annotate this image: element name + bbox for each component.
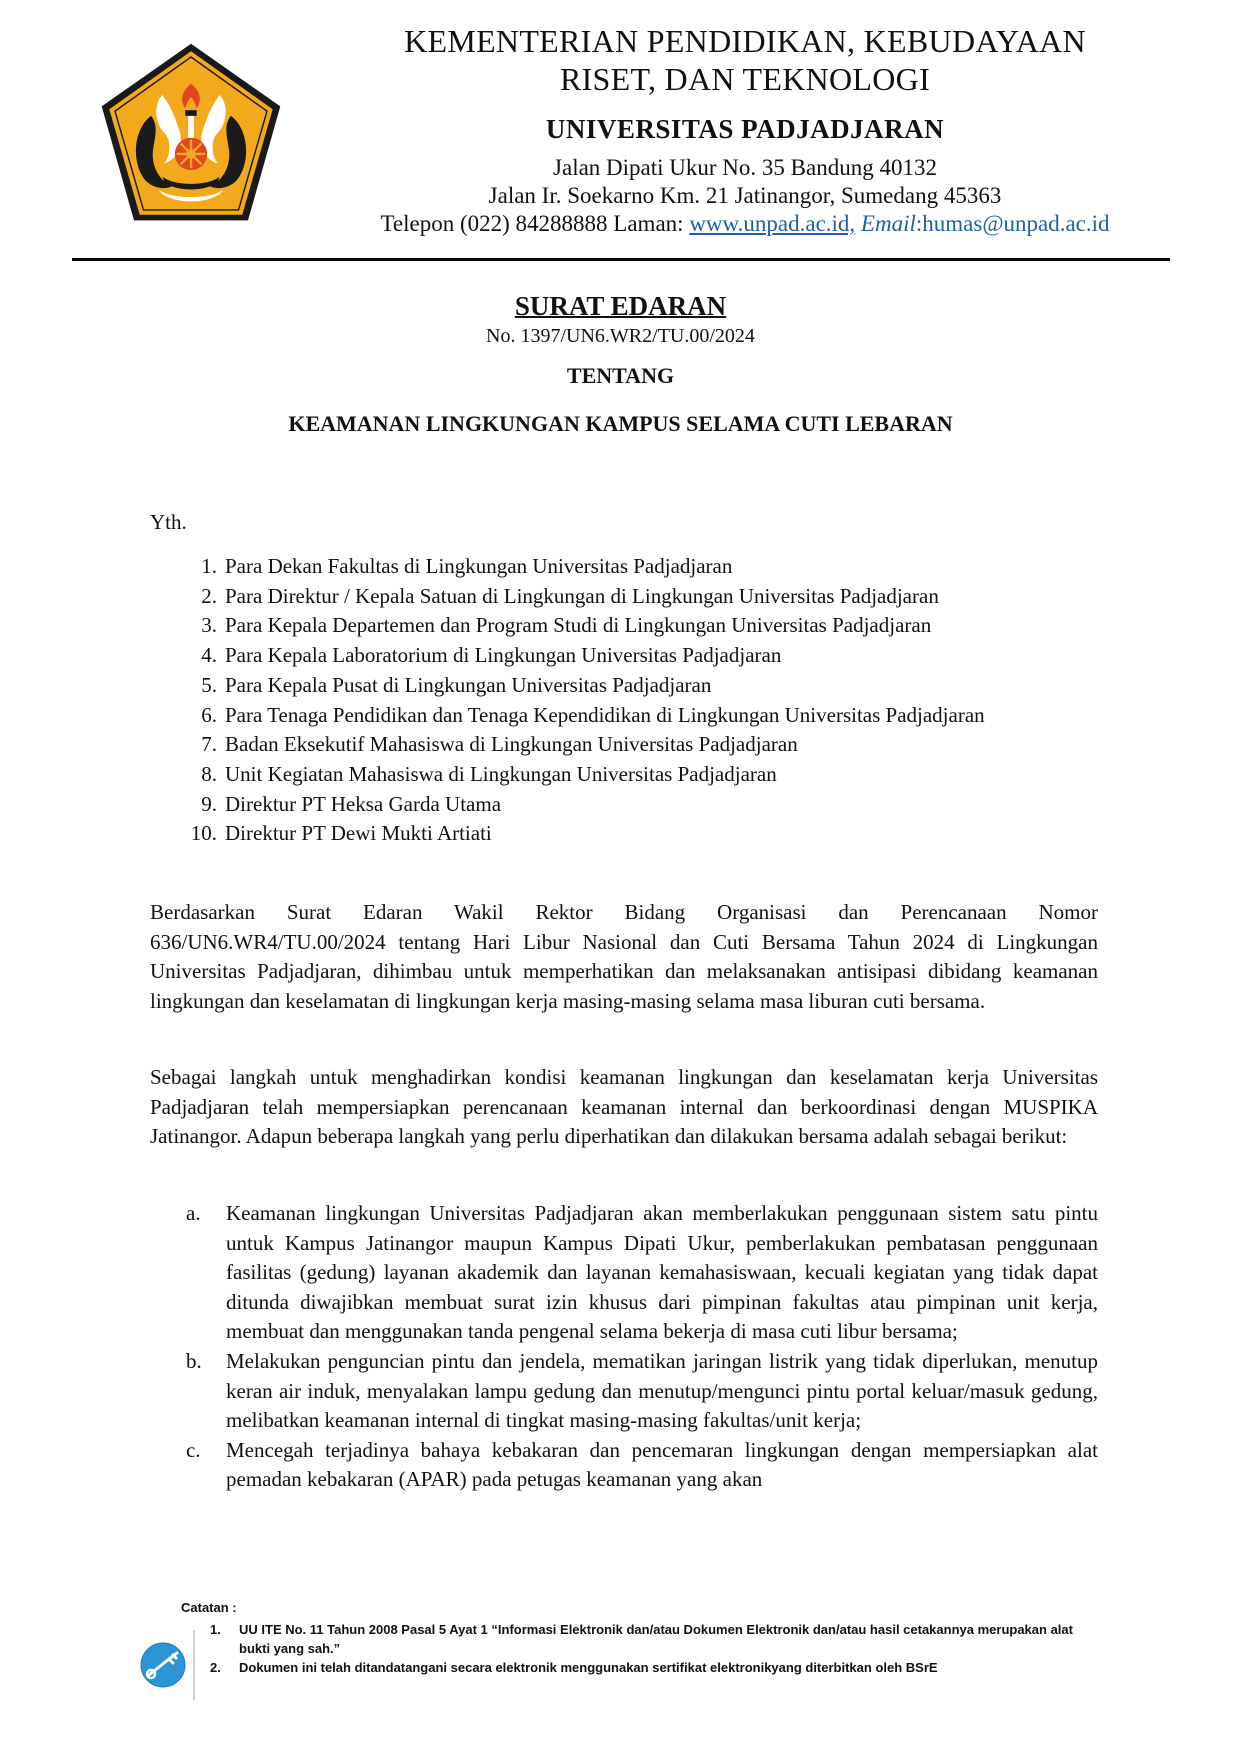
recipient-text: Direktur PT Heksa Garda Utama xyxy=(225,792,501,816)
letterhead: KEMENTERIAN PENDIDIKAN, KEBUDAYAAN RISET… xyxy=(330,22,1160,238)
ministry-line-2: RISET, DAN TEKNOLOGI xyxy=(330,60,1160,98)
note-item: 1.UU ITE No. 11 Tahun 2008 Pasal 5 Ayat … xyxy=(205,1620,1105,1658)
recipient-text: Para Kepala Pusat di Lingkungan Universi… xyxy=(225,673,711,697)
recipient-number: 8. xyxy=(171,760,217,790)
recipient-text: Para Dekan Fakultas di Lingkungan Univer… xyxy=(225,554,732,578)
recipient-list: 1.Para Dekan Fakultas di Lingkungan Univ… xyxy=(185,552,985,849)
notes-list: 1.UU ITE No. 11 Tahun 2008 Pasal 5 Ayat … xyxy=(205,1620,1105,1677)
measure-letter: c. xyxy=(186,1436,201,1466)
recipient-text: Direktur PT Dewi Mukti Artiati xyxy=(225,821,492,845)
recipient-item: 10.Direktur PT Dewi Mukti Artiati xyxy=(185,819,985,849)
measure-item: c.Mencegah terjadinya bahaya kebakaran d… xyxy=(150,1436,1098,1495)
recipient-item: 4.Para Kepala Laboratorium di Lingkungan… xyxy=(185,641,985,671)
measure-item: a.Keamanan lingkungan Universitas Padjad… xyxy=(150,1199,1098,1347)
measure-letter: a. xyxy=(186,1199,201,1229)
email-label: Email xyxy=(861,211,916,236)
unpad-logo-icon xyxy=(96,38,286,228)
paragraph-basis: Berdasarkan Surat Edaran Wakil Rektor Bi… xyxy=(150,898,1098,1016)
recipient-item: 7.Badan Eksekutif Mahasiswa di Lingkunga… xyxy=(185,730,985,760)
measure-text: Keamanan lingkungan Universitas Padjadja… xyxy=(226,1201,1098,1343)
ministry-line-1: KEMENTERIAN PENDIDIKAN, KEBUDAYAAN xyxy=(330,22,1160,60)
measure-text: Mencegah terjadinya bahaya kebakaran dan… xyxy=(226,1438,1098,1492)
measure-letter: b. xyxy=(186,1347,202,1377)
recipient-item: 8.Unit Kegiatan Mahasiswa di Lingkungan … xyxy=(185,760,985,790)
paragraph-measures: Sebagai langkah untuk menghadirkan kondi… xyxy=(150,1063,1098,1152)
notes-label: Catatan : xyxy=(181,1600,237,1615)
measures-list: a.Keamanan lingkungan Universitas Padjad… xyxy=(150,1199,1098,1495)
recipient-number: 10. xyxy=(171,819,217,849)
about-label: TENTANG xyxy=(0,362,1241,390)
recipient-number: 4. xyxy=(171,641,217,671)
footer-divider xyxy=(193,1630,195,1700)
website-link[interactable]: www.unpad.ac.id, xyxy=(689,211,855,236)
note-text: Dokumen ini telah ditandatangani secara … xyxy=(239,1660,938,1675)
measure-item: b.Melakukan penguncian pintu dan jendela… xyxy=(150,1347,1098,1436)
recipient-number: 3. xyxy=(171,611,217,641)
note-item: 2.Dokumen ini telah ditandatangani secar… xyxy=(205,1658,1105,1677)
note-number: 1. xyxy=(210,1620,221,1639)
document-title: SURAT EDARAN xyxy=(0,290,1241,322)
bsre-signature-icon xyxy=(139,1641,187,1689)
recipient-item: 3.Para Kepala Departemen dan Program Stu… xyxy=(185,611,985,641)
recipient-item: 5.Para Kepala Pusat di Lingkungan Univer… xyxy=(185,671,985,701)
recipient-text: Para Direktur / Kepala Satuan di Lingkun… xyxy=(225,584,939,608)
recipient-number: 2. xyxy=(171,582,217,612)
recipient-item: 9.Direktur PT Heksa Garda Utama xyxy=(185,790,985,820)
document-number: No. 1397/UN6.WR2/TU.00/2024 xyxy=(0,324,1241,348)
recipient-item: 2.Para Direktur / Kepala Satuan di Lingk… xyxy=(185,582,985,612)
address-jatinangor: Jalan Ir. Soekarno Km. 21 Jatinangor, Su… xyxy=(330,182,1160,210)
recipient-number: 5. xyxy=(171,671,217,701)
email-link[interactable]: :humas@unpad.ac.id xyxy=(916,211,1110,236)
recipient-number: 6. xyxy=(171,701,217,731)
recipient-text: Para Tenaga Pendidikan dan Tenaga Kepend… xyxy=(225,703,985,727)
university-name: UNIVERSITAS PADJADJARAN xyxy=(330,112,1160,146)
phone-label: Telepon (022) 84288888 Laman: xyxy=(380,211,689,236)
recipient-number: 7. xyxy=(171,730,217,760)
contact-line: Telepon (022) 84288888 Laman: www.unpad.… xyxy=(330,210,1160,238)
recipient-item: 1.Para Dekan Fakultas di Lingkungan Univ… xyxy=(185,552,985,582)
measure-text: Melakukan penguncian pintu dan jendela, … xyxy=(226,1349,1098,1432)
recipient-text: Unit Kegiatan Mahasiswa di Lingkungan Un… xyxy=(225,762,777,786)
recipient-number: 9. xyxy=(171,790,217,820)
recipient-number: 1. xyxy=(171,552,217,582)
recipient-text: Para Kepala Departemen dan Program Studi… xyxy=(225,613,931,637)
address-bandung: Jalan Dipati Ukur No. 35 Bandung 40132 xyxy=(330,154,1160,182)
salutation: Yth. xyxy=(150,508,187,536)
note-text: UU ITE No. 11 Tahun 2008 Pasal 5 Ayat 1 … xyxy=(239,1622,1073,1656)
recipient-text: Badan Eksekutif Mahasiswa di Lingkungan … xyxy=(225,732,798,756)
document-subject: KEAMANAN LINGKUNGAN KAMPUS SELAMA CUTI L… xyxy=(0,410,1241,438)
recipient-text: Para Kepala Laboratorium di Lingkungan U… xyxy=(225,643,781,667)
recipient-item: 6.Para Tenaga Pendidikan dan Tenaga Kepe… xyxy=(185,701,985,731)
note-number: 2. xyxy=(210,1658,221,1677)
letterhead-divider xyxy=(72,258,1170,261)
